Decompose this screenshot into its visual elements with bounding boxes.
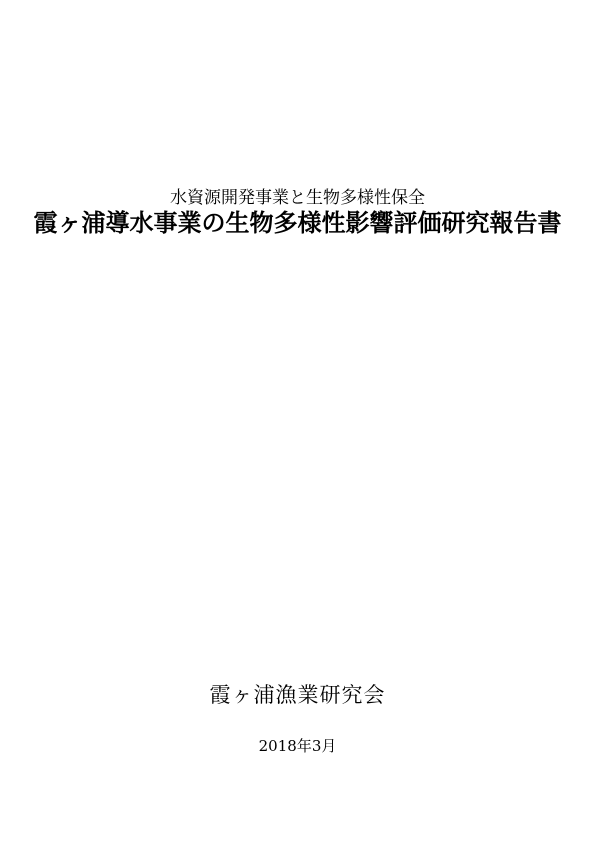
- cover-title: 霞ヶ浦導水事業の生物多様性影響評価研究報告書: [0, 203, 595, 238]
- report-cover-page: 水資源開発事業と生物多様性保全 霞ヶ浦導水事業の生物多様性影響評価研究報告書 霞…: [0, 0, 595, 841]
- cover-date: 2018年3月: [0, 735, 595, 756]
- cover-organization: 霞ヶ浦漁業研究会: [0, 679, 595, 709]
